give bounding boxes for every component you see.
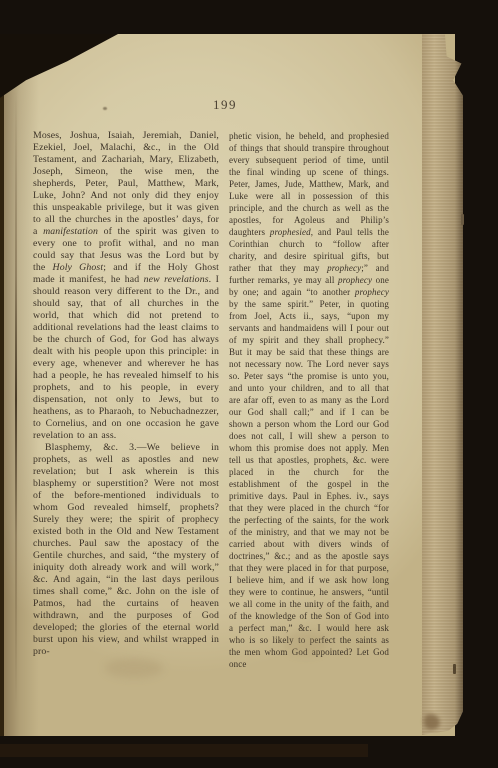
page-stack-fore-edge — [422, 34, 463, 735]
ink-speck — [103, 107, 107, 110]
book-page: 199 Moses, Joshua, Isaiah, Jeremiah, Dan… — [3, 34, 455, 736]
binding-edge — [0, 34, 4, 736]
text-column-left: Moses, Joshua, Isaiah, Jeremiah, Daniel,… — [33, 130, 219, 658]
paragraph: Blasphemy, &c. 3.—We believe in prophets… — [33, 442, 219, 658]
paper-stain — [285, 630, 327, 656]
book-cover-bottom — [0, 744, 368, 757]
photographed-book-scene: 199 Moses, Joshua, Isaiah, Jeremiah, Dan… — [0, 0, 498, 768]
paragraph: Moses, Joshua, Isaiah, Jeremiah, Daniel,… — [33, 130, 219, 442]
fore-edge-mark — [453, 664, 456, 674]
fore-edge-smudge — [424, 714, 440, 730]
paper-stain — [105, 658, 163, 678]
fore-edge-mark — [461, 214, 464, 225]
page-number: 199 — [193, 97, 257, 113]
paragraph: phetic vision, he beheld, and prophesied… — [229, 130, 389, 670]
gutter-crease-line — [15, 90, 17, 710]
text-column-right: phetic vision, he beheld, and prophesied… — [229, 130, 389, 670]
